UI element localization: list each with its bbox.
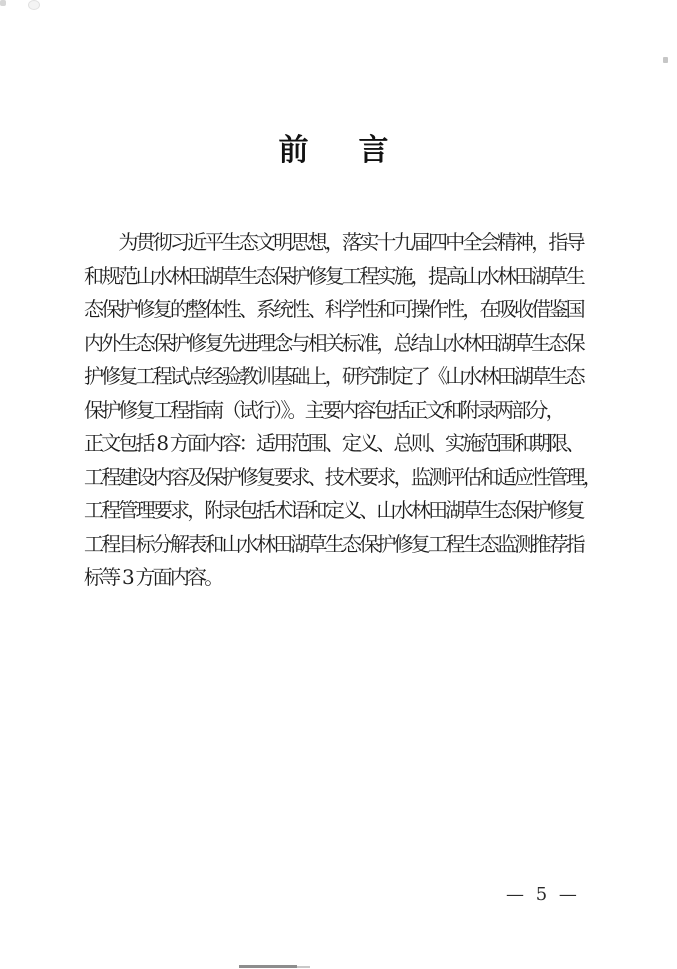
- scan-speck-top-left-2: [28, 0, 40, 10]
- page-title: 前 言: [0, 134, 677, 168]
- page-number: — 5 —: [506, 884, 580, 905]
- scan-speck-right-edge: [663, 57, 668, 63]
- scanned-document-page: 前 言 为贯彻习近平生态文明思想，落实十九届四中全会精神，指导 和规范山水林田湖…: [0, 0, 677, 969]
- scan-speck-top-left: [0, 0, 6, 6]
- scan-artifact-bottom-bar-tail: [297, 966, 310, 968]
- preface-paragraph: 为贯彻习近平生态文明思想，落实十九届四中全会精神，指导 和规范山水林田湖草生态保…: [84, 226, 604, 595]
- scan-artifact-bottom-bar: [239, 965, 297, 968]
